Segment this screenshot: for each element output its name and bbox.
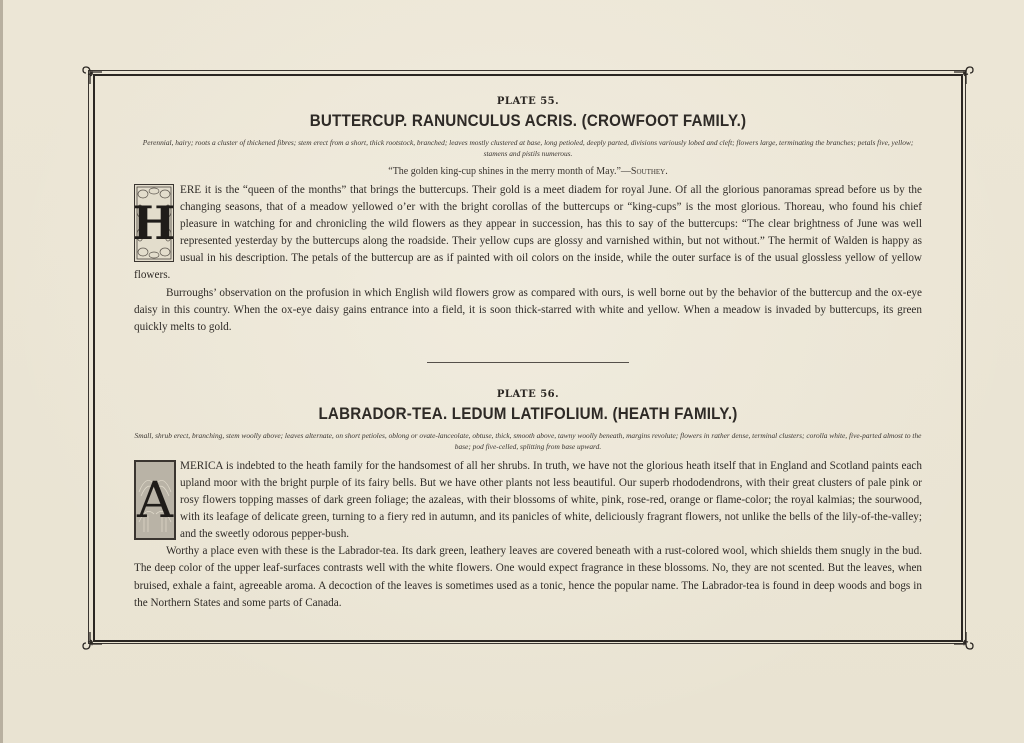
plate-title: BUTTERCUP. RANUNCULUS ACRIS. (CROWFOOT F… xyxy=(166,111,891,131)
page-content: PLATE 55. BUTTERCUP. RANUNCULUS ACRIS. (… xyxy=(134,96,922,612)
quote-text: “The golden king-cup shines in the merry… xyxy=(388,166,631,177)
body-paragraph: MERICA is indebted to the heath family f… xyxy=(134,458,922,543)
plate-55-section: PLATE 55. BUTTERCUP. RANUNCULUS ACRIS. (… xyxy=(134,96,922,336)
page-edge xyxy=(0,0,3,743)
epigraph-quote: “The golden king-cup shines in the merry… xyxy=(134,165,922,178)
dropcap-letter: H xyxy=(135,185,173,261)
quote-author: Southey. xyxy=(631,166,668,177)
body-paragraph: Burroughs’ observation on the profusion … xyxy=(134,285,922,336)
body-paragraph: ERE it is the “queen of the months” that… xyxy=(134,182,922,285)
plate-number: PLATE 55. xyxy=(134,96,922,108)
corner-scroll-ornament-icon xyxy=(952,64,974,86)
botanical-description: Small, shrub erect, branching, stem wool… xyxy=(134,430,922,452)
plate-number: PLATE 56. xyxy=(134,389,922,401)
dropcap-feather-ornament-icon: A xyxy=(134,460,176,540)
plate-body: A MERICA is indebted to the heath family… xyxy=(134,458,922,612)
plate-title: LABRADOR-TEA. LEDUM LATIFOLIUM. (HEATH F… xyxy=(166,404,891,424)
dropcap-a: A xyxy=(134,460,174,538)
plate-body: H ERE it is the “queen of the months” th… xyxy=(134,182,922,336)
dropcap-leaf-border-icon: H xyxy=(134,184,174,262)
plate-56-section: PLATE 56. LABRADOR-TEA. LEDUM LATIFOLIUM… xyxy=(134,389,922,612)
corner-scroll-ornament-icon xyxy=(82,630,104,652)
botanical-description: Perennial, hairy; roots a cluster of thi… xyxy=(134,137,922,159)
corner-scroll-ornament-icon xyxy=(952,630,974,652)
body-paragraph: Worthy a place even with these is the La… xyxy=(134,543,922,611)
corner-scroll-ornament-icon xyxy=(82,64,104,86)
dropcap-h: H xyxy=(134,184,174,262)
dropcap-letter: A xyxy=(136,462,174,538)
